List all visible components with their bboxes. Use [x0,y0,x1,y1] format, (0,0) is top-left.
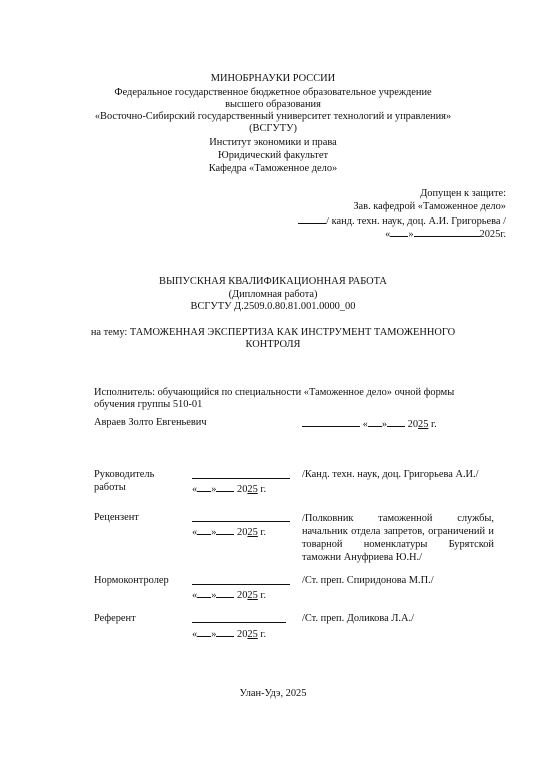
day-blank [197,627,211,637]
topic-line-2: КОНТРОЛЯ [0,339,546,351]
year-unit: г. [258,629,266,640]
year-suffix: 25 [247,629,257,640]
performer-line-1: Исполнитель: обучающийся по специальност… [94,387,454,399]
signatory-role-reviewer: Рецензент [94,512,139,524]
institution-line-1: Федеральное государственное бюджетное об… [0,87,546,99]
signature-line [192,512,290,526]
year-prefix: 20 [237,527,247,538]
signatory-info-normcontroller: /Ст. преп. Спиридонова М.П./ [302,575,434,587]
year-unit: г. [258,590,266,601]
signatory-date: «» 2025 г. [192,588,266,602]
approval-signature-line: / канд. техн. наук, доц. А.И. Григорьева… [298,214,506,228]
performer-name: Авраев Золто Евгеньевич [94,417,207,429]
year-prefix: 20 [237,484,247,495]
month-blank [216,627,234,637]
faculty: Юридический факультет [0,150,546,162]
signatory-date: «» 2025 г. [192,482,266,496]
institute: Институт экономики и права [0,137,546,149]
year-unit: г. [428,419,436,430]
year-suffix: 25 [418,419,428,430]
approval-date: «»2025г. [385,227,506,241]
year-unit: г. [258,484,266,495]
signature-blank [192,613,286,623]
day-blank [368,417,382,427]
year-prefix: 20 [408,419,418,430]
approval-signer: / канд. техн. наук, доц. А.И. Григорьева… [326,216,506,227]
ministry: МИНОБРНАУКИ РОССИИ [0,73,546,85]
signatory-info-referent: /Ст. преп. Доликова Л.А./ [302,613,414,625]
signature-blank [192,575,290,585]
month-blank [216,525,234,535]
work-title: ВЫПУСКНАЯ КВАЛИФИКАЦИОННАЯ РАБОТА [0,276,546,288]
city-year: Улан-Удэ, 2025 [0,688,546,700]
institution-line-2: высшего образования [0,99,546,111]
signatory-role-normcontroller: Нормоконтролер [94,575,169,587]
month-blank [216,482,234,492]
signatory-date: «» 2025 г. [192,525,266,539]
approval-admitted: Допущен к защите: [420,188,506,200]
signature-blank [302,417,360,427]
approval-year: 2025г. [480,229,506,240]
year-prefix: 20 [237,590,247,601]
university-name: «Восточно-Сибирский государственный унив… [0,111,546,123]
signatory-date: «» 2025 г. [192,627,266,641]
year-suffix: 25 [247,484,257,495]
signature-blank [298,214,326,224]
department: Кафедра «Таможенное дело» [0,163,546,175]
performer-line-2: обучения группы 510-01 [94,399,202,411]
day-blank [197,588,211,598]
signatory-role-supervisor-2: работы [94,482,126,494]
signature-line [192,469,290,483]
day-blank [197,525,211,535]
signature-line [192,575,290,589]
signature-blank [192,469,290,479]
day-blank [197,482,211,492]
year-suffix: 25 [247,590,257,601]
topic-line-1: на тему: ТАМОЖЕННАЯ ЭКСПЕРТИЗА КАК ИНСТР… [0,327,546,339]
signature-line [192,613,286,627]
month-blank [216,588,234,598]
signature-blank [192,512,290,522]
year-suffix: 25 [247,527,257,538]
signatory-role-supervisor: Руководитель [94,469,154,481]
work-subtitle: (Дипломная работа) [0,289,546,301]
signatory-role-referent: Референт [94,613,136,625]
signatory-info-supervisor: /Канд. техн. наук, доц. Григорьева А.И./ [302,469,479,481]
performer-signature-date: «» 2025 г. [302,417,437,431]
year-unit: г. [258,527,266,538]
day-blank [390,227,408,237]
work-code: ВСГУТУ Д.2509.0.80.81.001.0000_00 [0,301,546,313]
approval-head: Зав. кафедрой «Таможенное дело» [353,201,506,213]
university-abbr: (ВСГУТУ) [0,123,546,135]
month-blank [414,227,480,237]
year-prefix: 20 [237,629,247,640]
month-blank [387,417,405,427]
signatory-info-reviewer: /Полковник таможенной службы, начальник … [302,512,494,564]
